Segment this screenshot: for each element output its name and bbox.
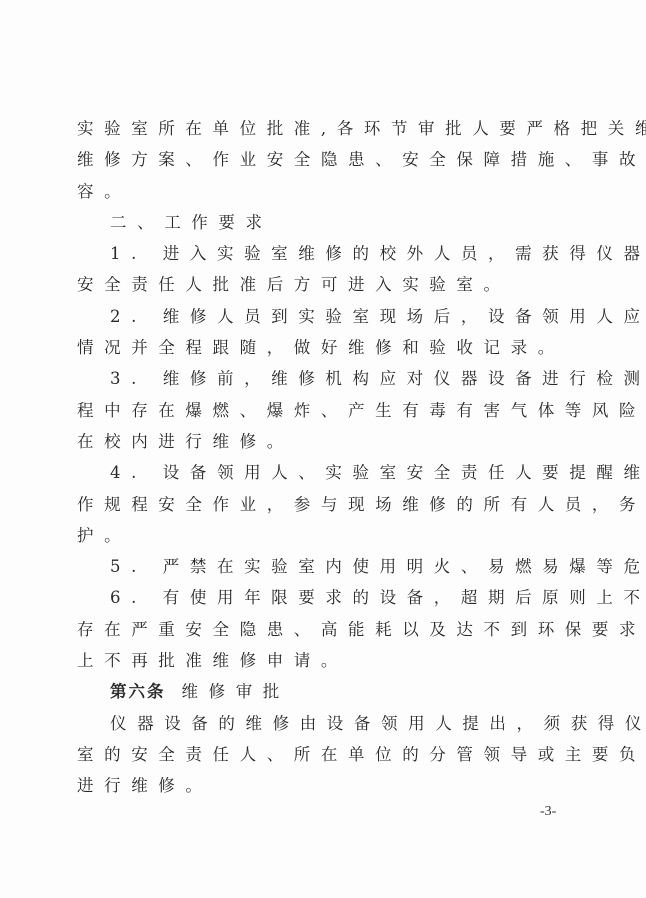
text-line: 维修方案、作业安全隐患、安全保障措施、事故应急预案等方面内 <box>77 144 577 175</box>
list-item-6: 6. 有使用年限要求的设备，超期后原则上不再批准维修申请； <box>77 582 577 613</box>
list-item-4: 4. 设备领用人、实验室安全责任人要提醒维修人员严格按照操 <box>77 457 577 488</box>
article-heading: 第六条维修审批 <box>77 676 577 707</box>
text-line: 护。 <box>77 520 577 551</box>
text-line: 上不再批准维修申请。 <box>77 645 577 676</box>
text-line: 实验室所在单位批准,各环节审批人要严格把关维修机构资质证明、 <box>77 113 577 144</box>
text-line: 室的安全责任人、所在单位的分管领导或主要负责人批准后，方可 <box>77 739 577 770</box>
article-title: 维修审批 <box>182 682 290 701</box>
list-item-1: 1. 进入实验室维修的校外人员，需获得仪器设备所在实验室的 <box>77 238 577 269</box>
text-line: 存在严重安全隐患、高能耗以及达不到环保要求的老旧设备，原则 <box>77 614 577 645</box>
text-line: 程中存在爆燃、爆炸、产生有毒有害气体等风险的仪器设备，严禁 <box>77 395 577 426</box>
text-line: 作规程安全作业，参与现场维修的所有人员，务必做好个人安全防 <box>77 489 577 520</box>
text-line: 在校内进行维修。 <box>77 426 577 457</box>
list-item-5: 5. 严禁在实验室内使用明火、易燃易爆等危险气体维修作业。 <box>77 551 577 582</box>
document-body: 实验室所在单位批准,各环节审批人要严格把关维修机构资质证明、 维修方案、作业安全… <box>77 113 577 802</box>
paragraph-line: 仪器设备的维修由设备领用人提出，须获得仪器设备存放实验 <box>77 708 577 739</box>
article-number: 第六条 <box>110 682 166 701</box>
text-line: 情况并全程跟随，做好维修和验收记录。 <box>77 332 577 363</box>
text-line: 容。 <box>77 176 577 207</box>
text-line: 进行维修。 <box>77 770 577 801</box>
list-item-3: 3. 维修前，维修机构应对仪器设备进行检测判断，对于维修过 <box>77 363 577 394</box>
list-item-2: 2. 维修人员到实验室现场后，设备领用人应主动介绍设备故障 <box>77 301 577 332</box>
page-number: -3- <box>540 804 556 820</box>
text-line: 安全责任人批准后方可进入实验室。 <box>77 269 577 300</box>
section-heading: 二、工作要求 <box>77 207 577 238</box>
